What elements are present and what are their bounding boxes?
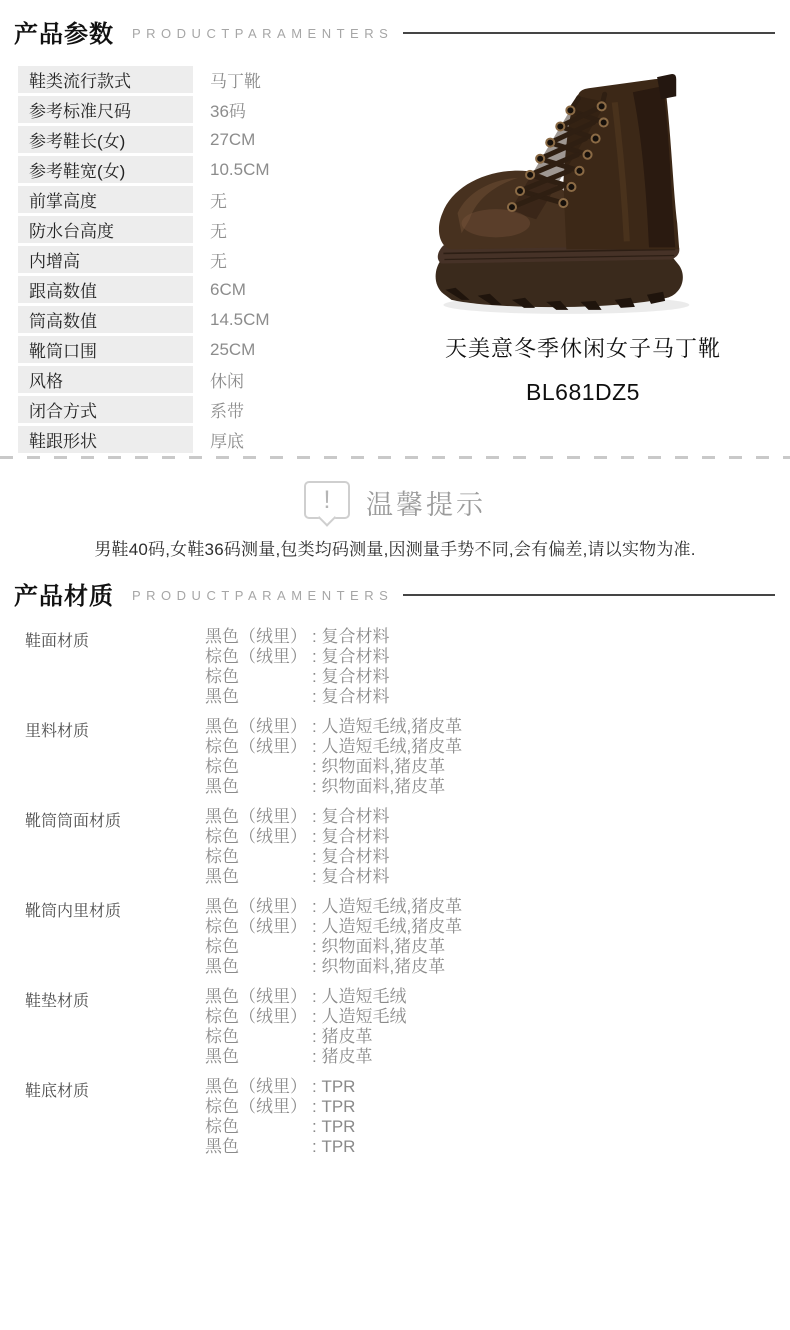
material-section: 鞋面材质 黑色（绒里） : 复合材料 棕色（绒里） : 复合材料 棕色 : 复合… — [25, 627, 790, 707]
material-section-label: 鞋面材质 — [25, 627, 205, 707]
material-color: 棕色（绒里） — [205, 647, 312, 667]
material-rows: 黑色（绒里） : 人造短毛绒,猪皮革 棕色（绒里） : 人造短毛绒,猪皮革 棕色… — [205, 717, 462, 797]
material-value: 复合材料 — [321, 847, 389, 867]
material-row: 棕色（绒里） : 复合材料 — [205, 827, 389, 847]
material-separator: : — [312, 757, 321, 777]
spec-value: 系带 — [210, 397, 244, 422]
material-separator: : — [312, 897, 321, 917]
spec-table-row: 防水台高度 无 — [18, 216, 390, 243]
tips-block: ! 温馨提示 男鞋40码,女鞋36码测量,包类均码测量,因测量手势不同,会有偏差… — [0, 473, 790, 560]
material-color: 棕色 — [205, 667, 312, 687]
product-name: 天美意冬季休闲女子马丁靴 — [393, 332, 773, 363]
material-color: 棕色 — [205, 1117, 312, 1137]
material-color: 棕色 — [205, 847, 312, 867]
spec-value: 36码 — [210, 97, 246, 122]
material-color: 棕色（绒里） — [205, 827, 312, 847]
product-photo-boot — [411, 62, 756, 324]
material-color: 棕色（绒里） — [205, 917, 312, 937]
spec-value: 27CM — [210, 130, 255, 150]
material-row: 黑色 : 复合材料 — [205, 867, 389, 887]
material-value: 复合材料 — [321, 687, 389, 707]
material-separator: : — [312, 867, 321, 887]
product-model: BL681DZ5 — [393, 379, 773, 406]
material-value: 织物面料,猪皮革 — [321, 937, 445, 957]
material-color: 黑色（绒里） — [205, 987, 312, 1007]
material-color: 黑色（绒里） — [205, 897, 312, 917]
material-section: 鞋底材质 黑色（绒里） : TPR 棕色（绒里） : TPR 棕色 : TPR … — [25, 1077, 790, 1157]
material-value: TPR — [321, 1137, 355, 1157]
material-value: TPR — [321, 1097, 355, 1117]
material-color: 棕色 — [205, 1027, 312, 1047]
spec-label: 靴筒口围 — [18, 336, 193, 363]
exclamation-bubble-icon: ! — [304, 481, 350, 519]
spec-value: 10.5CM — [210, 160, 270, 180]
material-section-label: 里料材质 — [25, 717, 205, 797]
material-separator: : — [312, 667, 321, 687]
material-separator: : — [312, 777, 321, 797]
material-row: 黑色 : TPR — [205, 1137, 355, 1157]
header-rule-line — [403, 32, 775, 34]
header-rule-line — [403, 594, 775, 596]
material-row: 棕色（绒里） : 复合材料 — [205, 647, 389, 667]
material-separator: : — [312, 1047, 321, 1067]
spec-table-row: 鞋跟形状 厚底 — [18, 426, 390, 453]
material-row: 棕色 : 织物面料,猪皮革 — [205, 937, 462, 957]
tips-note: 男鞋40码,女鞋36码测量,包类均码测量,因测量手势不同,会有偏差,请以实物为准… — [0, 535, 790, 560]
material-color: 棕色（绒里） — [205, 737, 312, 757]
material-section-label: 鞋底材质 — [25, 1077, 205, 1157]
spec-table-row: 前掌高度 无 — [18, 186, 390, 213]
material-section-label: 靴筒内里材质 — [25, 897, 205, 977]
spec-label: 防水台高度 — [18, 216, 193, 243]
spec-table-row: 风格 休闲 — [18, 366, 390, 393]
material-row: 棕色（绒里） : 人造短毛绒 — [205, 1007, 406, 1027]
material-separator: : — [312, 627, 321, 647]
product-showcase: 天美意冬季休闲女子马丁靴 BL681DZ5 — [393, 62, 773, 406]
material-color: 黑色 — [205, 687, 312, 707]
spec-label: 前掌高度 — [18, 186, 193, 213]
material-section: 靴筒筒面材质 黑色（绒里） : 复合材料 棕色（绒里） : 复合材料 棕色 : … — [25, 807, 790, 887]
material-row: 黑色（绒里） : 复合材料 — [205, 627, 389, 647]
material-value: 复合材料 — [321, 647, 389, 667]
spec-label: 筒高数值 — [18, 306, 193, 333]
material-value: 复合材料 — [321, 627, 389, 647]
spec-table-row: 参考鞋长(女) 27CM — [18, 126, 390, 153]
material-section: 里料材质 黑色（绒里） : 人造短毛绒,猪皮革 棕色（绒里） : 人造短毛绒,猪… — [25, 717, 790, 797]
material-separator: : — [312, 1027, 321, 1047]
params-content: 鞋类流行款式 马丁靴 参考标准尺码 36码 参考鞋长(女) 27CM 参考鞋宽(… — [0, 66, 790, 453]
spec-table-row: 参考标准尺码 36码 — [18, 96, 390, 123]
spec-label: 跟高数值 — [18, 276, 193, 303]
material-row: 棕色 : TPR — [205, 1117, 355, 1137]
material-value: 复合材料 — [321, 807, 389, 827]
material-section: 鞋垫材质 黑色（绒里） : 人造短毛绒 棕色（绒里） : 人造短毛绒 棕色 : … — [25, 987, 790, 1067]
material-section-label: 鞋垫材质 — [25, 987, 205, 1067]
spec-label: 风格 — [18, 366, 193, 393]
material-color: 黑色 — [205, 957, 312, 977]
product-parameters-page: 产品参数 PRODUCTPARAMENTERS 鞋类流行款式 马丁靴 参考标准尺… — [0, 0, 790, 1330]
material-separator: : — [312, 937, 321, 957]
params-section-header: 产品参数 PRODUCTPARAMENTERS — [0, 0, 790, 49]
dashed-divider — [0, 456, 790, 459]
material-value: 猪皮革 — [321, 1027, 372, 1047]
material-value: 织物面料,猪皮革 — [321, 957, 445, 977]
material-separator: : — [312, 1007, 321, 1027]
material-row: 黑色（绒里） : 人造短毛绒,猪皮革 — [205, 897, 462, 917]
material-value: 人造短毛绒,猪皮革 — [321, 737, 462, 757]
spec-label: 参考鞋长(女) — [18, 126, 193, 153]
material-value: TPR — [321, 1077, 355, 1097]
spec-label: 鞋跟形状 — [18, 426, 193, 453]
material-row: 黑色（绒里） : 人造短毛绒,猪皮革 — [205, 717, 462, 737]
material-color: 黑色 — [205, 1137, 312, 1157]
spec-table-row: 参考鞋宽(女) 10.5CM — [18, 156, 390, 183]
materials-section-subtitle: PRODUCTPARAMENTERS — [132, 588, 393, 603]
material-separator: : — [312, 687, 321, 707]
spec-table-row: 闭合方式 系带 — [18, 396, 390, 423]
material-row: 棕色 : 复合材料 — [205, 847, 389, 867]
material-rows: 黑色（绒里） : 复合材料 棕色（绒里） : 复合材料 棕色 : 复合材料 黑色… — [205, 807, 389, 887]
material-color: 黑色 — [205, 867, 312, 887]
spec-value: 25CM — [210, 340, 255, 360]
material-row: 黑色 : 猪皮革 — [205, 1047, 406, 1067]
spec-value: 无 — [210, 247, 227, 272]
materials-section-header: 产品材质 PRODUCTPARAMENTERS — [0, 560, 790, 611]
material-color: 黑色（绒里） — [205, 717, 312, 737]
material-color: 棕色（绒里） — [205, 1007, 312, 1027]
material-row: 黑色 : 复合材料 — [205, 687, 389, 707]
material-separator: : — [312, 807, 321, 827]
material-value: 复合材料 — [321, 867, 389, 887]
material-row: 棕色（绒里） : TPR — [205, 1097, 355, 1117]
spec-table-row: 靴筒口围 25CM — [18, 336, 390, 363]
material-color: 棕色 — [205, 937, 312, 957]
material-separator: : — [312, 917, 321, 937]
material-separator: : — [312, 737, 321, 757]
material-value: 人造短毛绒,猪皮革 — [321, 717, 462, 737]
spec-table-row: 鞋类流行款式 马丁靴 — [18, 66, 390, 93]
material-color: 棕色 — [205, 757, 312, 777]
material-separator: : — [312, 1137, 321, 1157]
spec-value: 无 — [210, 217, 227, 242]
material-color: 棕色（绒里） — [205, 1097, 312, 1117]
material-value: 猪皮革 — [321, 1047, 372, 1067]
material-value: 织物面料,猪皮革 — [321, 757, 445, 777]
material-separator: : — [312, 827, 321, 847]
material-separator: : — [312, 987, 321, 1007]
spec-value: 无 — [210, 187, 227, 212]
material-separator: : — [312, 957, 321, 977]
spec-table-row: 跟高数值 6CM — [18, 276, 390, 303]
spec-table-row: 内增高 无 — [18, 246, 390, 273]
material-row: 棕色（绒里） : 人造短毛绒,猪皮革 — [205, 917, 462, 937]
material-value: 人造短毛绒 — [321, 1007, 406, 1027]
spec-value: 马丁靴 — [210, 67, 261, 92]
material-separator: : — [312, 1077, 321, 1097]
exclamation-glyph: ! — [324, 486, 331, 515]
tips-header: ! 温馨提示 — [0, 473, 790, 522]
material-row: 棕色 : 猪皮革 — [205, 1027, 406, 1047]
material-value: 人造短毛绒,猪皮革 — [321, 917, 462, 937]
material-section: 靴筒内里材质 黑色（绒里） : 人造短毛绒,猪皮革 棕色（绒里） : 人造短毛绒… — [25, 897, 790, 977]
material-color: 黑色（绒里） — [205, 627, 312, 647]
material-row: 棕色（绒里） : 人造短毛绒,猪皮革 — [205, 737, 462, 757]
material-color: 黑色 — [205, 1047, 312, 1067]
spec-table: 鞋类流行款式 马丁靴 参考标准尺码 36码 参考鞋长(女) 27CM 参考鞋宽(… — [18, 66, 390, 453]
material-value: 织物面料,猪皮革 — [321, 777, 445, 797]
material-row: 黑色 : 织物面料,猪皮革 — [205, 777, 462, 797]
materials-list: 鞋面材质 黑色（绒里） : 复合材料 棕色（绒里） : 复合材料 棕色 : 复合… — [0, 611, 790, 1157]
material-value: 人造短毛绒,猪皮革 — [321, 897, 462, 917]
material-section-label: 靴筒筒面材质 — [25, 807, 205, 887]
spec-value: 14.5CM — [210, 310, 270, 330]
material-value: TPR — [321, 1117, 355, 1137]
material-color: 黑色（绒里） — [205, 807, 312, 827]
material-row: 黑色（绒里） : 人造短毛绒 — [205, 987, 406, 1007]
material-rows: 黑色（绒里） : 人造短毛绒 棕色（绒里） : 人造短毛绒 棕色 : 猪皮革 黑… — [205, 987, 406, 1067]
material-separator: : — [312, 1097, 321, 1117]
spec-label: 参考鞋宽(女) — [18, 156, 193, 183]
tips-title: 温馨提示 — [366, 483, 486, 522]
material-separator: : — [312, 1117, 321, 1137]
spec-value: 休闲 — [210, 367, 244, 392]
material-color: 黑色 — [205, 777, 312, 797]
params-section-title: 产品参数 — [14, 14, 114, 49]
spec-value: 厚底 — [210, 427, 244, 452]
spec-label: 闭合方式 — [18, 396, 193, 423]
material-row: 棕色 : 复合材料 — [205, 667, 389, 687]
material-row: 棕色 : 织物面料,猪皮革 — [205, 757, 462, 777]
material-row: 黑色 : 织物面料,猪皮革 — [205, 957, 462, 977]
material-separator: : — [312, 847, 321, 867]
material-value: 复合材料 — [321, 827, 389, 847]
material-separator: : — [312, 647, 321, 667]
material-value: 人造短毛绒 — [321, 987, 406, 1007]
material-rows: 黑色（绒里） : 复合材料 棕色（绒里） : 复合材料 棕色 : 复合材料 黑色… — [205, 627, 389, 707]
material-value: 复合材料 — [321, 667, 389, 687]
params-section-subtitle: PRODUCTPARAMENTERS — [132, 26, 393, 41]
material-color: 黑色（绒里） — [205, 1077, 312, 1097]
material-row: 黑色（绒里） : TPR — [205, 1077, 355, 1097]
spec-label: 参考标准尺码 — [18, 96, 193, 123]
material-rows: 黑色（绒里） : 人造短毛绒,猪皮革 棕色（绒里） : 人造短毛绒,猪皮革 棕色… — [205, 897, 462, 977]
material-separator: : — [312, 717, 321, 737]
spec-label: 鞋类流行款式 — [18, 66, 193, 93]
material-row: 黑色（绒里） : 复合材料 — [205, 807, 389, 827]
materials-section-title: 产品材质 — [14, 576, 114, 611]
material-rows: 黑色（绒里） : TPR 棕色（绒里） : TPR 棕色 : TPR 黑色 : … — [205, 1077, 355, 1157]
spec-label: 内增高 — [18, 246, 193, 273]
spec-table-row: 筒高数值 14.5CM — [18, 306, 390, 333]
spec-value: 6CM — [210, 280, 246, 300]
